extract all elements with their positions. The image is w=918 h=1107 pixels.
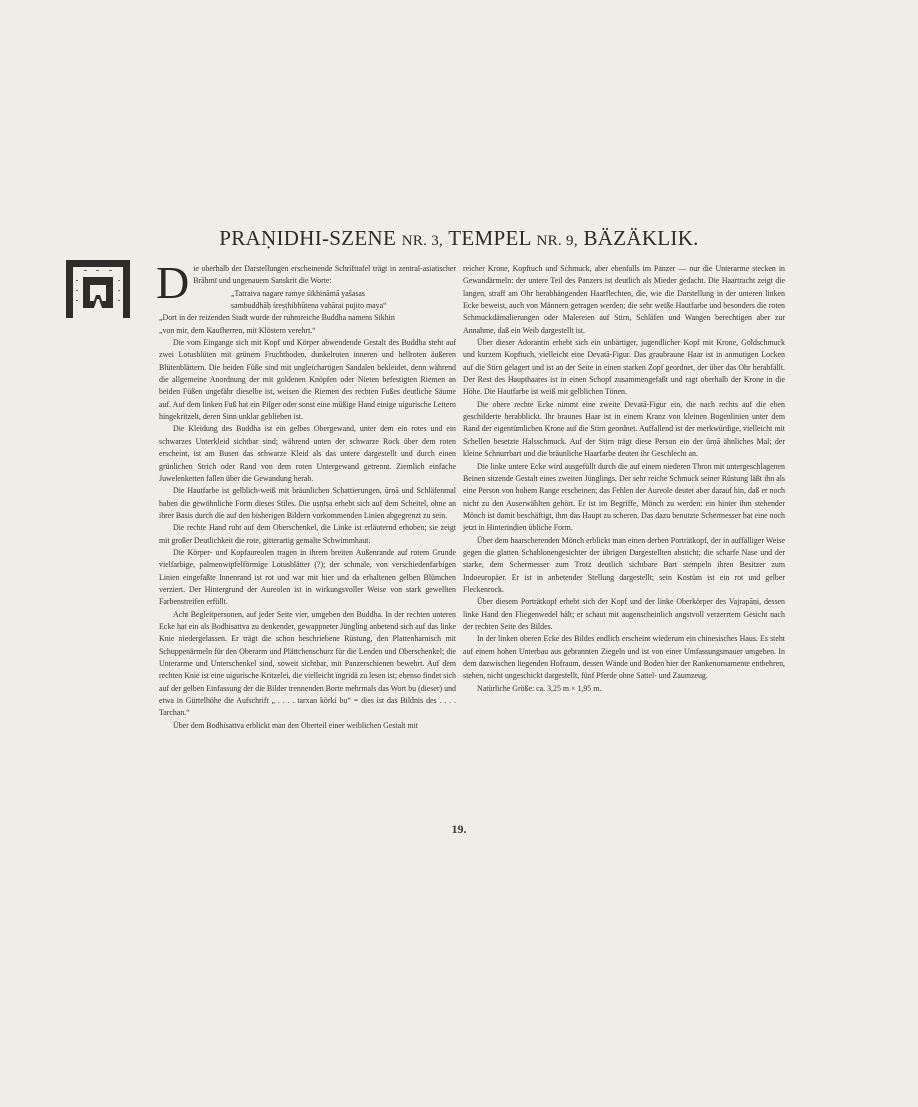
translation: „Dort in der reizenden Stadt wurde der r… (159, 312, 456, 324)
paragraph: Die Körper- und Kopfaureolen tragen in i… (159, 547, 456, 609)
left-column: Die oberhalb der Darstellungen erscheine… (159, 263, 456, 732)
paragraph: Über dem haarscherenden Mönch erblickt m… (463, 535, 785, 597)
title-part: PRAṆIDHI-SZENE (219, 226, 396, 250)
title-part: TEMPEL (448, 226, 531, 250)
paragraph: Über dem Bodhisattva erblickt man den Ob… (159, 720, 456, 732)
paragraph: Die vom Eingange sich mit Kopf und Körpe… (159, 337, 456, 423)
paragraph: Die linke untere Ecke wird ausgefüllt du… (463, 461, 785, 535)
paragraph: In der linken oberen Ecke des Bildes end… (463, 633, 785, 682)
paragraph: Die Hautfarbe ist gelblich-weiß mit bräu… (159, 485, 456, 522)
translation: „von mir, dem Kaufherren, mit Klöstern v… (159, 325, 456, 337)
paragraph: Über dieser Adorantin erhebt sich ein un… (463, 337, 785, 399)
paragraph: Über diesem Porträtkopf erhebt sich der … (463, 596, 785, 633)
sanskrit-verse: sambuddhāḥ śreṣṭhibhūtena vahārai pujito… (159, 300, 456, 312)
drop-cap: D (156, 263, 189, 301)
paragraph: Die obere rechte Ecke nimmt eine zweite … (463, 399, 785, 461)
page-title: PRAṆIDHI-SZENE NR. 3, TEMPEL NR. 9, BÄZÄ… (0, 226, 918, 251)
title-part: BÄZÄKLIK. (583, 226, 698, 250)
title-number: NR. 3, (402, 233, 443, 249)
right-column: reicher Krone, Kopftuch und Schmuck, abe… (463, 263, 785, 695)
paragraph: Die rechte Hand ruht auf dem Oberschenke… (159, 522, 456, 547)
paragraph: reicher Krone, Kopftuch und Schmuck, abe… (463, 263, 785, 337)
title-number: NR. 9, (537, 233, 578, 249)
paragraph: Natürliche Größe: ca. 3,25 m × 1,95 m. (463, 683, 785, 695)
page-number: 19. (0, 822, 918, 837)
intro-text: ie oberhalb der Darstellungen erscheinen… (193, 264, 456, 285)
intro-paragraph: Die oberhalb der Darstellungen erscheine… (159, 263, 456, 288)
paragraph: Die Kleidung des Buddha ist ein gelbes O… (159, 423, 456, 485)
temple-ground-plan-icon (66, 260, 130, 318)
sanskrit-verse: „Tatraiva nagare ramye śikhināmā yašasas (159, 288, 456, 300)
paragraph: Acht Begleitpersonen, auf jeder Seite vi… (159, 609, 456, 720)
